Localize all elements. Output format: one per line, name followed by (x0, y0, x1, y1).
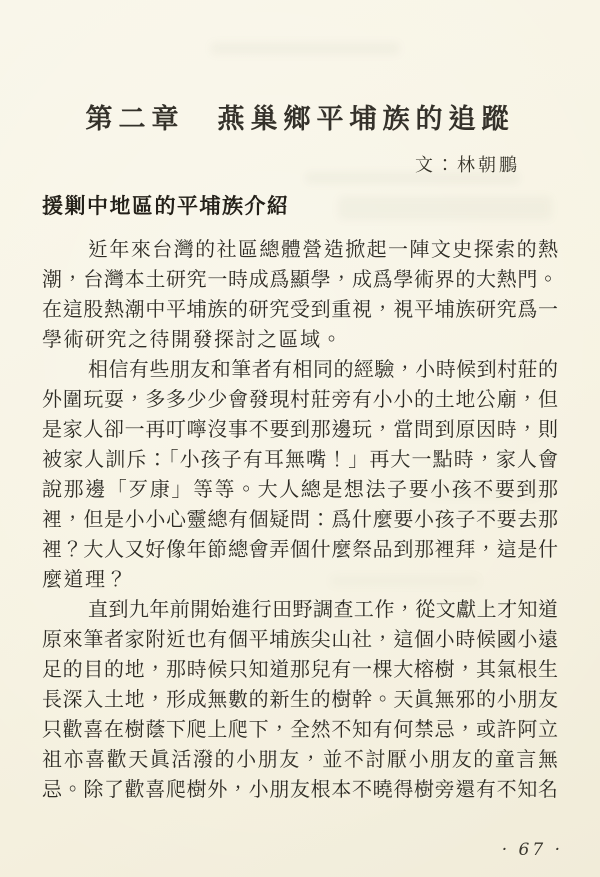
author-byline: 文：林朝鵬 (415, 151, 520, 177)
body-text-line: 被家人訓斥：「小孩子有耳無嘴！」再大一點時，家人會 (42, 444, 558, 474)
book-page: 第二章 燕巢鄉平埔族的追蹤 文：林朝鵬 援剿中地區的平埔族介紹 近年來台灣的社區… (0, 0, 600, 877)
body-text-line: 麼道理？ (42, 564, 558, 594)
body-text-line: 外圍玩耍，多多少少會發現村莊旁有小小的土地公廟，但 (42, 384, 558, 414)
body-text-line: 只歡喜在樹蔭下爬上爬下，全然不知有何禁忌，或許阿立 (42, 714, 558, 744)
bleedthrough-mark (338, 196, 552, 220)
body-text-line: 潮，台灣本土研究一時成爲顯學，成爲學術界的大熱門。 (42, 264, 558, 294)
body-text: 近年來台灣的社區總體營造掀起一陣文史探索的熱 潮，台灣本土研究一時成爲顯學，成爲… (42, 234, 558, 804)
body-text-line: 說那邊「歹康」等等。大人總是想法子要小孩不要到那 (42, 474, 558, 504)
body-text-line: 是家人卻一再叮嚀沒事不要到那邊玩，當問到原因時，則 (42, 414, 558, 444)
body-text-line: 近年來台灣的社區總體營造掀起一陣文史探索的熱 (42, 234, 558, 264)
body-text-line: 相信有些朋友和筆者有相同的經驗，小時候到村莊的 (42, 354, 558, 384)
body-text-line: 忌。除了歡喜爬樹外，小朋友根本不曉得樹旁還有不知名 (42, 774, 558, 804)
bleedthrough-mark (210, 42, 400, 55)
chapter-title: 第二章 燕巢鄉平埔族的追蹤 (0, 97, 600, 136)
body-text-line: 長深入土地，形成無數的新生的樹幹。天眞無邪的小朋友 (42, 684, 558, 714)
body-text-line: 裡，但是小小心靈總有個疑問：爲什麼要小孩子不要去那 (42, 504, 558, 534)
page-number: · 67 · (502, 840, 563, 860)
body-text-line: 裡？大人又好像年節總會弄個什麼祭品到那裡拜，這是什 (42, 534, 558, 564)
body-text-line: 直到九年前開始進行田野調查工作，從文獻上才知道 (42, 594, 558, 624)
body-text-line: 原來筆者家附近也有個平埔族尖山社，這個小時候國小遠 (42, 624, 558, 654)
body-text-line: 祖亦喜歡天眞活潑的小朋友，並不討厭小朋友的童言無 (42, 744, 558, 774)
body-text-line: 學術研究之待開發探討之區域。 (42, 324, 558, 354)
body-text-line: 在這股熱潮中平埔族的研究受到重視，視平埔族研究爲一 (42, 294, 558, 324)
body-text-line: 足的目的地，那時候只知道那兒有一棵大榕樹，其氣根生 (42, 654, 558, 684)
section-heading: 援剿中地區的平埔族介紹 (42, 190, 290, 220)
